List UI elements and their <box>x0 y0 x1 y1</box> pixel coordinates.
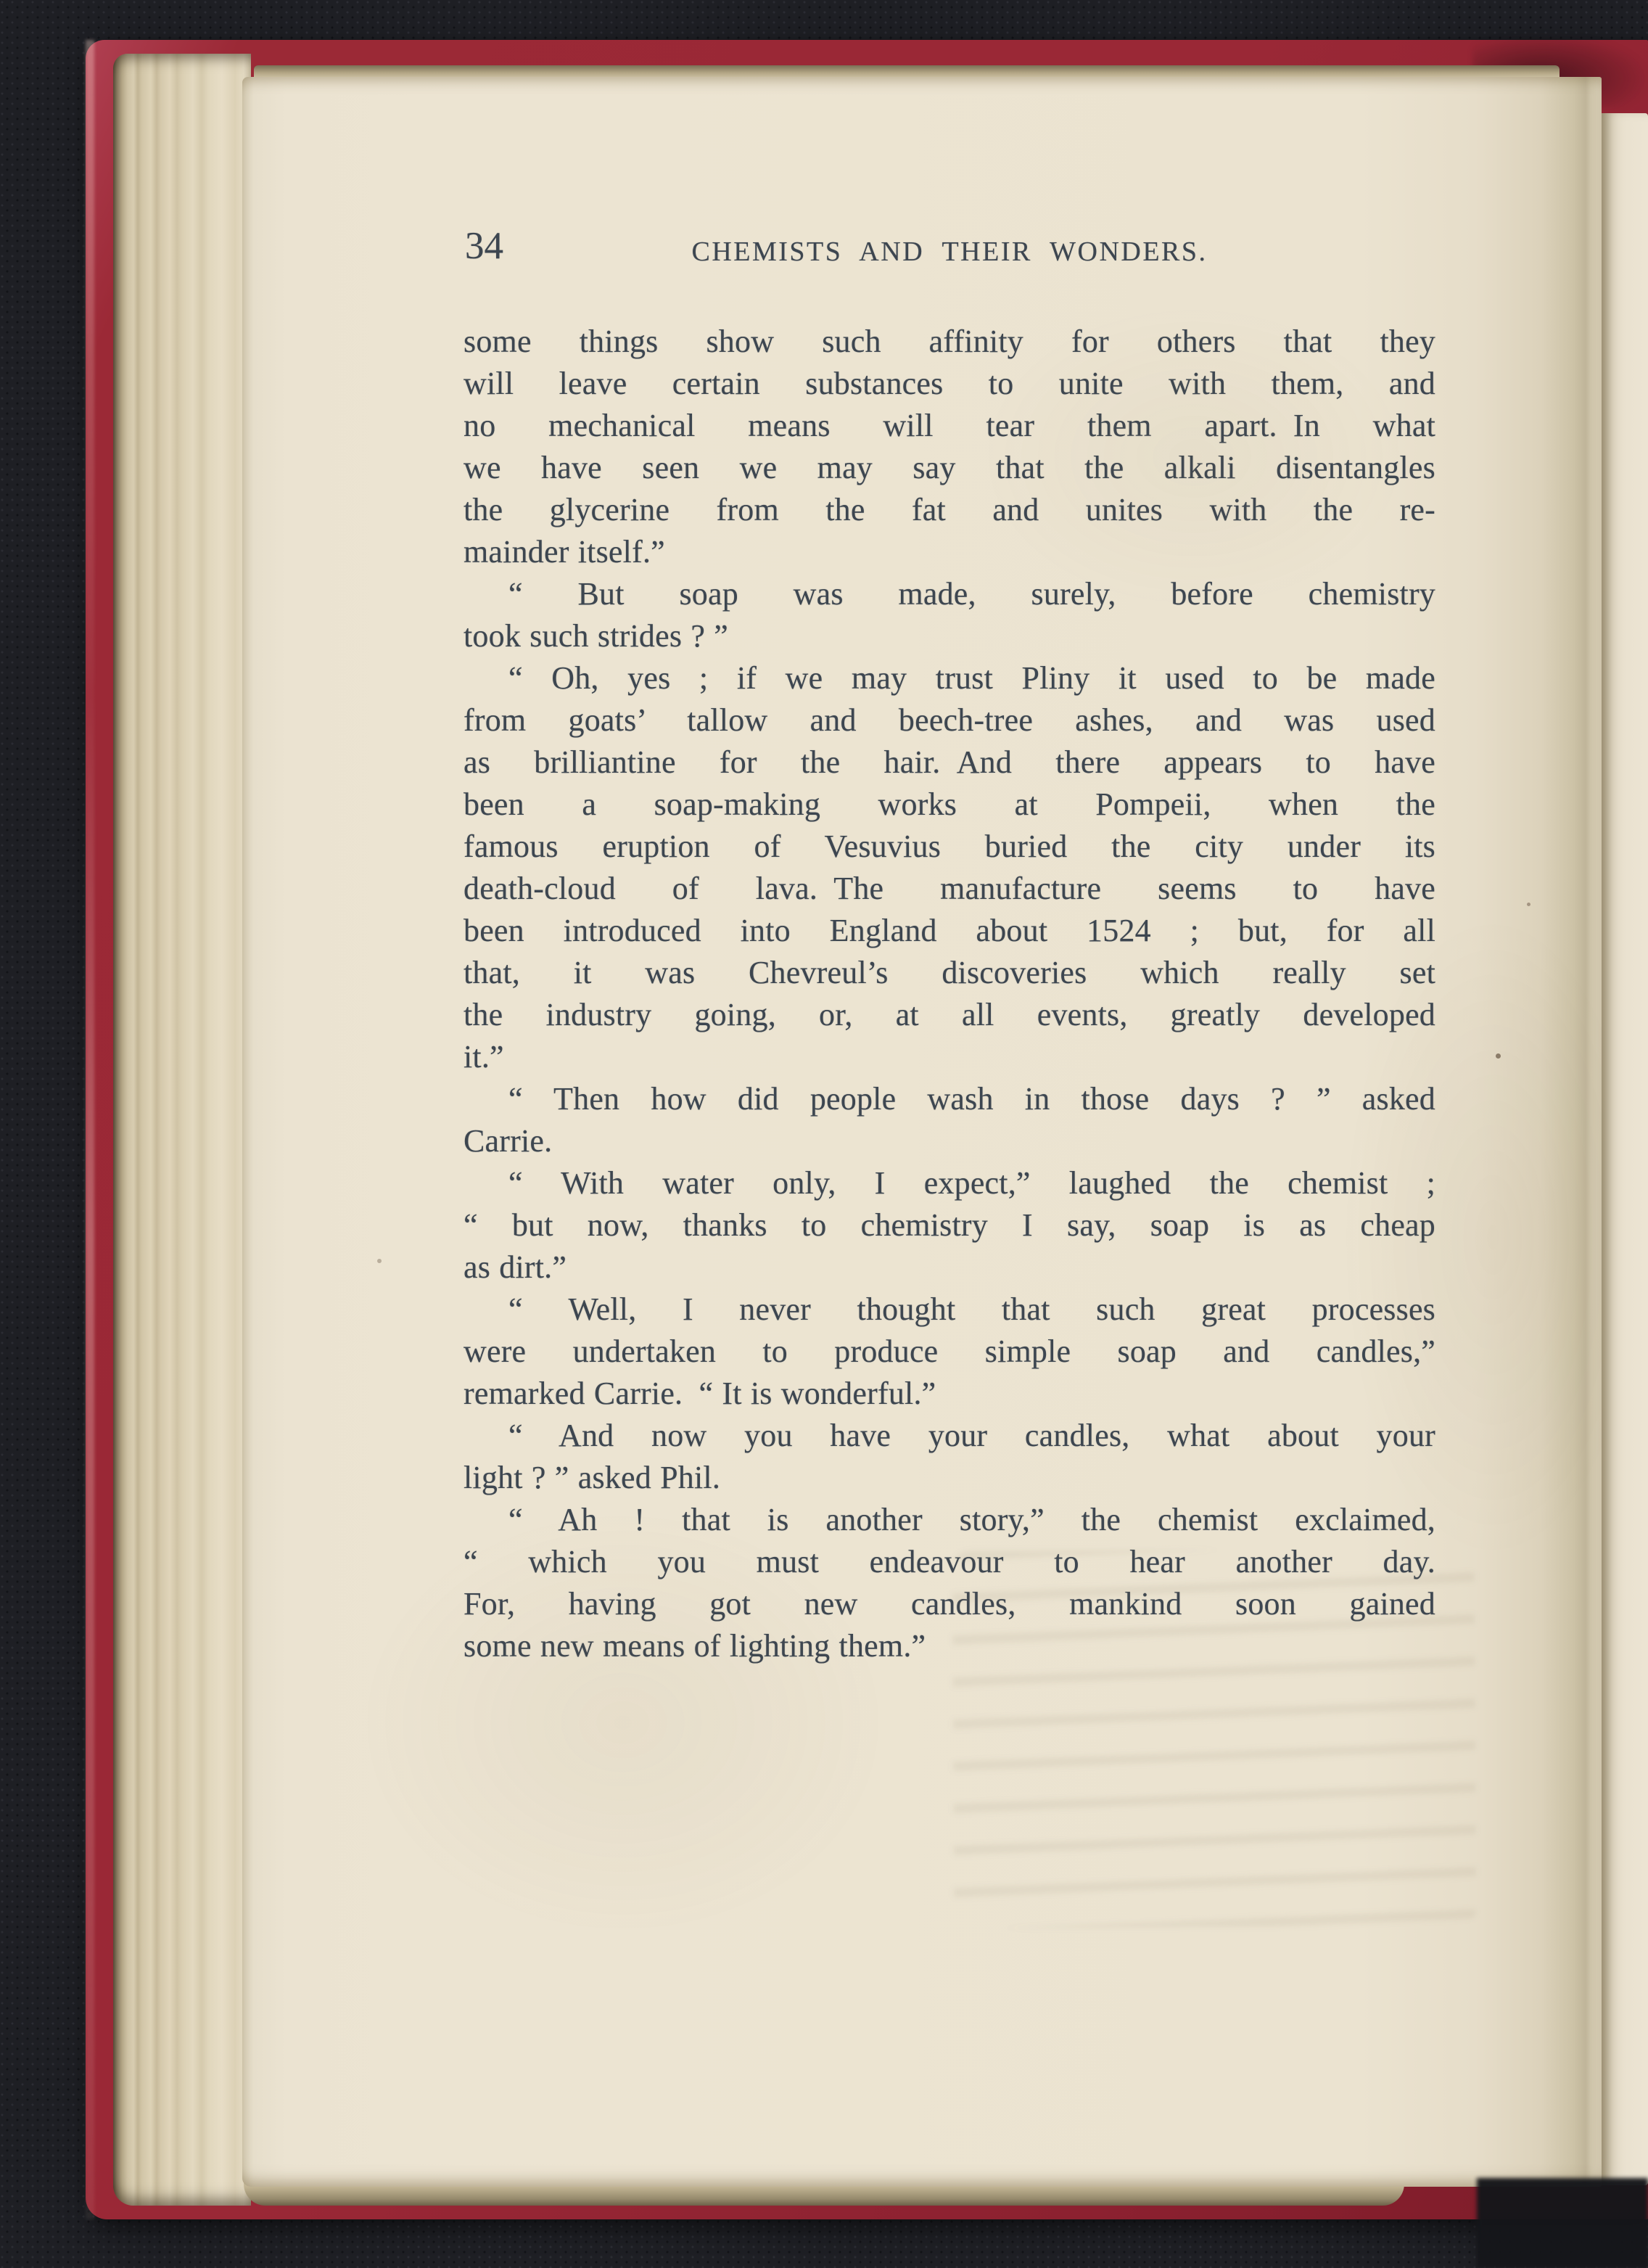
text-line: “ but now, thanks to chemistry I say, so… <box>463 1204 1435 1246</box>
text-line: light ? ” asked Phil. <box>463 1457 1435 1499</box>
text-line: “ And now you have your candles, what ab… <box>463 1415 1435 1457</box>
ink-speck <box>1496 1053 1501 1059</box>
ink-speck <box>377 1259 382 1263</box>
text-line: remarked Carrie. “ It is wonderful.” <box>463 1373 1435 1415</box>
text-line: the industry going, or, at all events, g… <box>463 994 1435 1036</box>
text-line: “ Ah ! that is another story,” the chemi… <box>463 1499 1435 1541</box>
facing-page-sliver <box>1602 113 1648 2185</box>
photo-background: { "book": { "page_number": "34", "runnin… <box>0 0 1648 2268</box>
text-line: the glycerine from the fat and unites wi… <box>463 489 1435 531</box>
text-line: famous eruption of Vesuvius buried the c… <box>463 826 1435 868</box>
text-line: “ Oh, yes ; if we may trust Pliny it use… <box>463 657 1435 699</box>
text-block: some things show such affinity for other… <box>463 321 1435 1667</box>
text-line: “ With water only, I expect,” laughed th… <box>463 1162 1435 1204</box>
text-line: it.” <box>463 1036 1435 1078</box>
text-line: been introduced into England about 1524 … <box>463 910 1435 952</box>
text-line: as dirt.” <box>463 1246 1435 1289</box>
running-title: CHEMISTS AND THEIR WONDERS. <box>463 238 1435 266</box>
text-line: “ But soap was made, surely, before chem… <box>463 573 1435 615</box>
text-line: we have seen we may say that the alkali … <box>463 447 1435 489</box>
text-line: death-cloud of lava. The manufacture see… <box>463 868 1435 910</box>
book-page: 34 CHEMISTS AND THEIR WONDERS. some thin… <box>242 77 1602 2187</box>
ink-speck <box>1527 903 1530 906</box>
text-line: no mechanical means will tear them apart… <box>463 405 1435 447</box>
text-line: that, it was Chevreul’s discoveries whic… <box>463 952 1435 994</box>
text-line: some things show such affinity for other… <box>463 321 1435 363</box>
page-edge-stack-left <box>113 54 251 2206</box>
text-line: “ Then how did people wash in those days… <box>463 1078 1435 1120</box>
text-line: mainder itself.” <box>463 531 1435 573</box>
running-header: 34 CHEMISTS AND THEIR WONDERS. <box>463 221 1435 266</box>
cover-shadow-bottom-right <box>1477 2178 1648 2268</box>
text-line: were undertaken to produce simple soap a… <box>463 1331 1435 1373</box>
text-line: from goats’ tallow and beech-tree ashes,… <box>463 699 1435 741</box>
show-through-smudge <box>952 1548 1477 1928</box>
text-line: been a soap-making works at Pompeii, whe… <box>463 784 1435 826</box>
text-line: Carrie. <box>463 1120 1435 1162</box>
text-line: “ Well, I never thought that such great … <box>463 1289 1435 1331</box>
text-line: took such strides ? ” <box>463 615 1435 657</box>
text-line: as brilliantine for the hair. And there … <box>463 741 1435 784</box>
text-line: will leave certain substances to unite w… <box>463 363 1435 405</box>
